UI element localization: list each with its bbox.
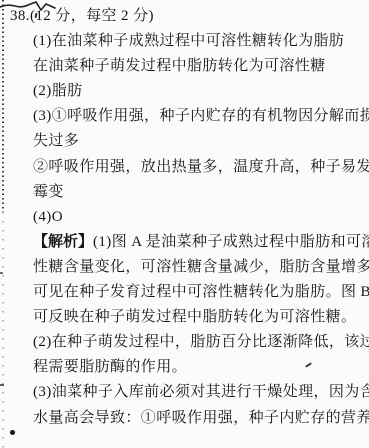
analysis-line: 程需要脂肪酶的作用。: [33, 355, 367, 380]
answer-line: ②呼吸作用强，放出热量多，温度升高，种子易发芽、: [33, 155, 367, 180]
analysis-line: 可反映在种子萌发过程中脂肪转化为可溶性糖。: [33, 305, 367, 330]
analysis-label: 【解析】: [33, 234, 93, 250]
answer-key-page: 38.(12 分，每空 2 分) (1)在油菜种子成熟过程中可溶性糖转化为脂肪 …: [0, 0, 369, 448]
analysis-line: (2)在种子萌发过程中，脂肪百分比逐渐降低，该过: [33, 330, 367, 355]
answer-line: (1)在油菜种子成熟过程中可溶性糖转化为脂肪: [33, 29, 367, 54]
perforated-edge-line: [2, 0, 4, 212]
question-header-line: 38.(12 分，每空 2 分): [10, 4, 367, 29]
answer-line: (2)脂肪: [33, 79, 367, 104]
answer-line: 霉变: [33, 180, 367, 205]
analysis-line: 性糖含量变化，可溶性糖含量减少，脂肪含量增多，: [33, 255, 367, 280]
analysis-line: 可见在种子发育过程中可溶性糖转化为脂肪。图 B: [33, 280, 367, 305]
analysis-header-line: 【解析】(1)图 A 是油菜种子成熟过程中脂肪和可溶: [33, 230, 367, 255]
analysis-line: (3)油菜种子入库前必须对其进行干燥处理，因为含: [33, 380, 367, 405]
edge-tick-mark: [0, 272, 3, 274]
perforated-edge-line-faint: [2, 212, 4, 448]
question-header-text: 38.(12 分，每空 2 分): [10, 8, 154, 24]
answer-line: 在油菜种子萌发过程中脂肪转化为可溶性糖: [33, 54, 367, 79]
analysis-line: 水量高会导致：①呼吸作用强，种子内贮存的营养物: [33, 406, 367, 431]
edge-tick-mark: [0, 384, 4, 386]
answer-line: (3)①呼吸作用强，种子内贮存的有机物因分解而损: [33, 104, 367, 129]
answer-line: (4)O: [33, 205, 367, 230]
ink-dot: [10, 430, 15, 435]
answer-line: 失过多: [33, 129, 367, 154]
answer-text-block: 38.(12 分，每空 2 分) (1)在油菜种子成熟过程中可溶性糖转化为脂肪 …: [33, 4, 367, 431]
